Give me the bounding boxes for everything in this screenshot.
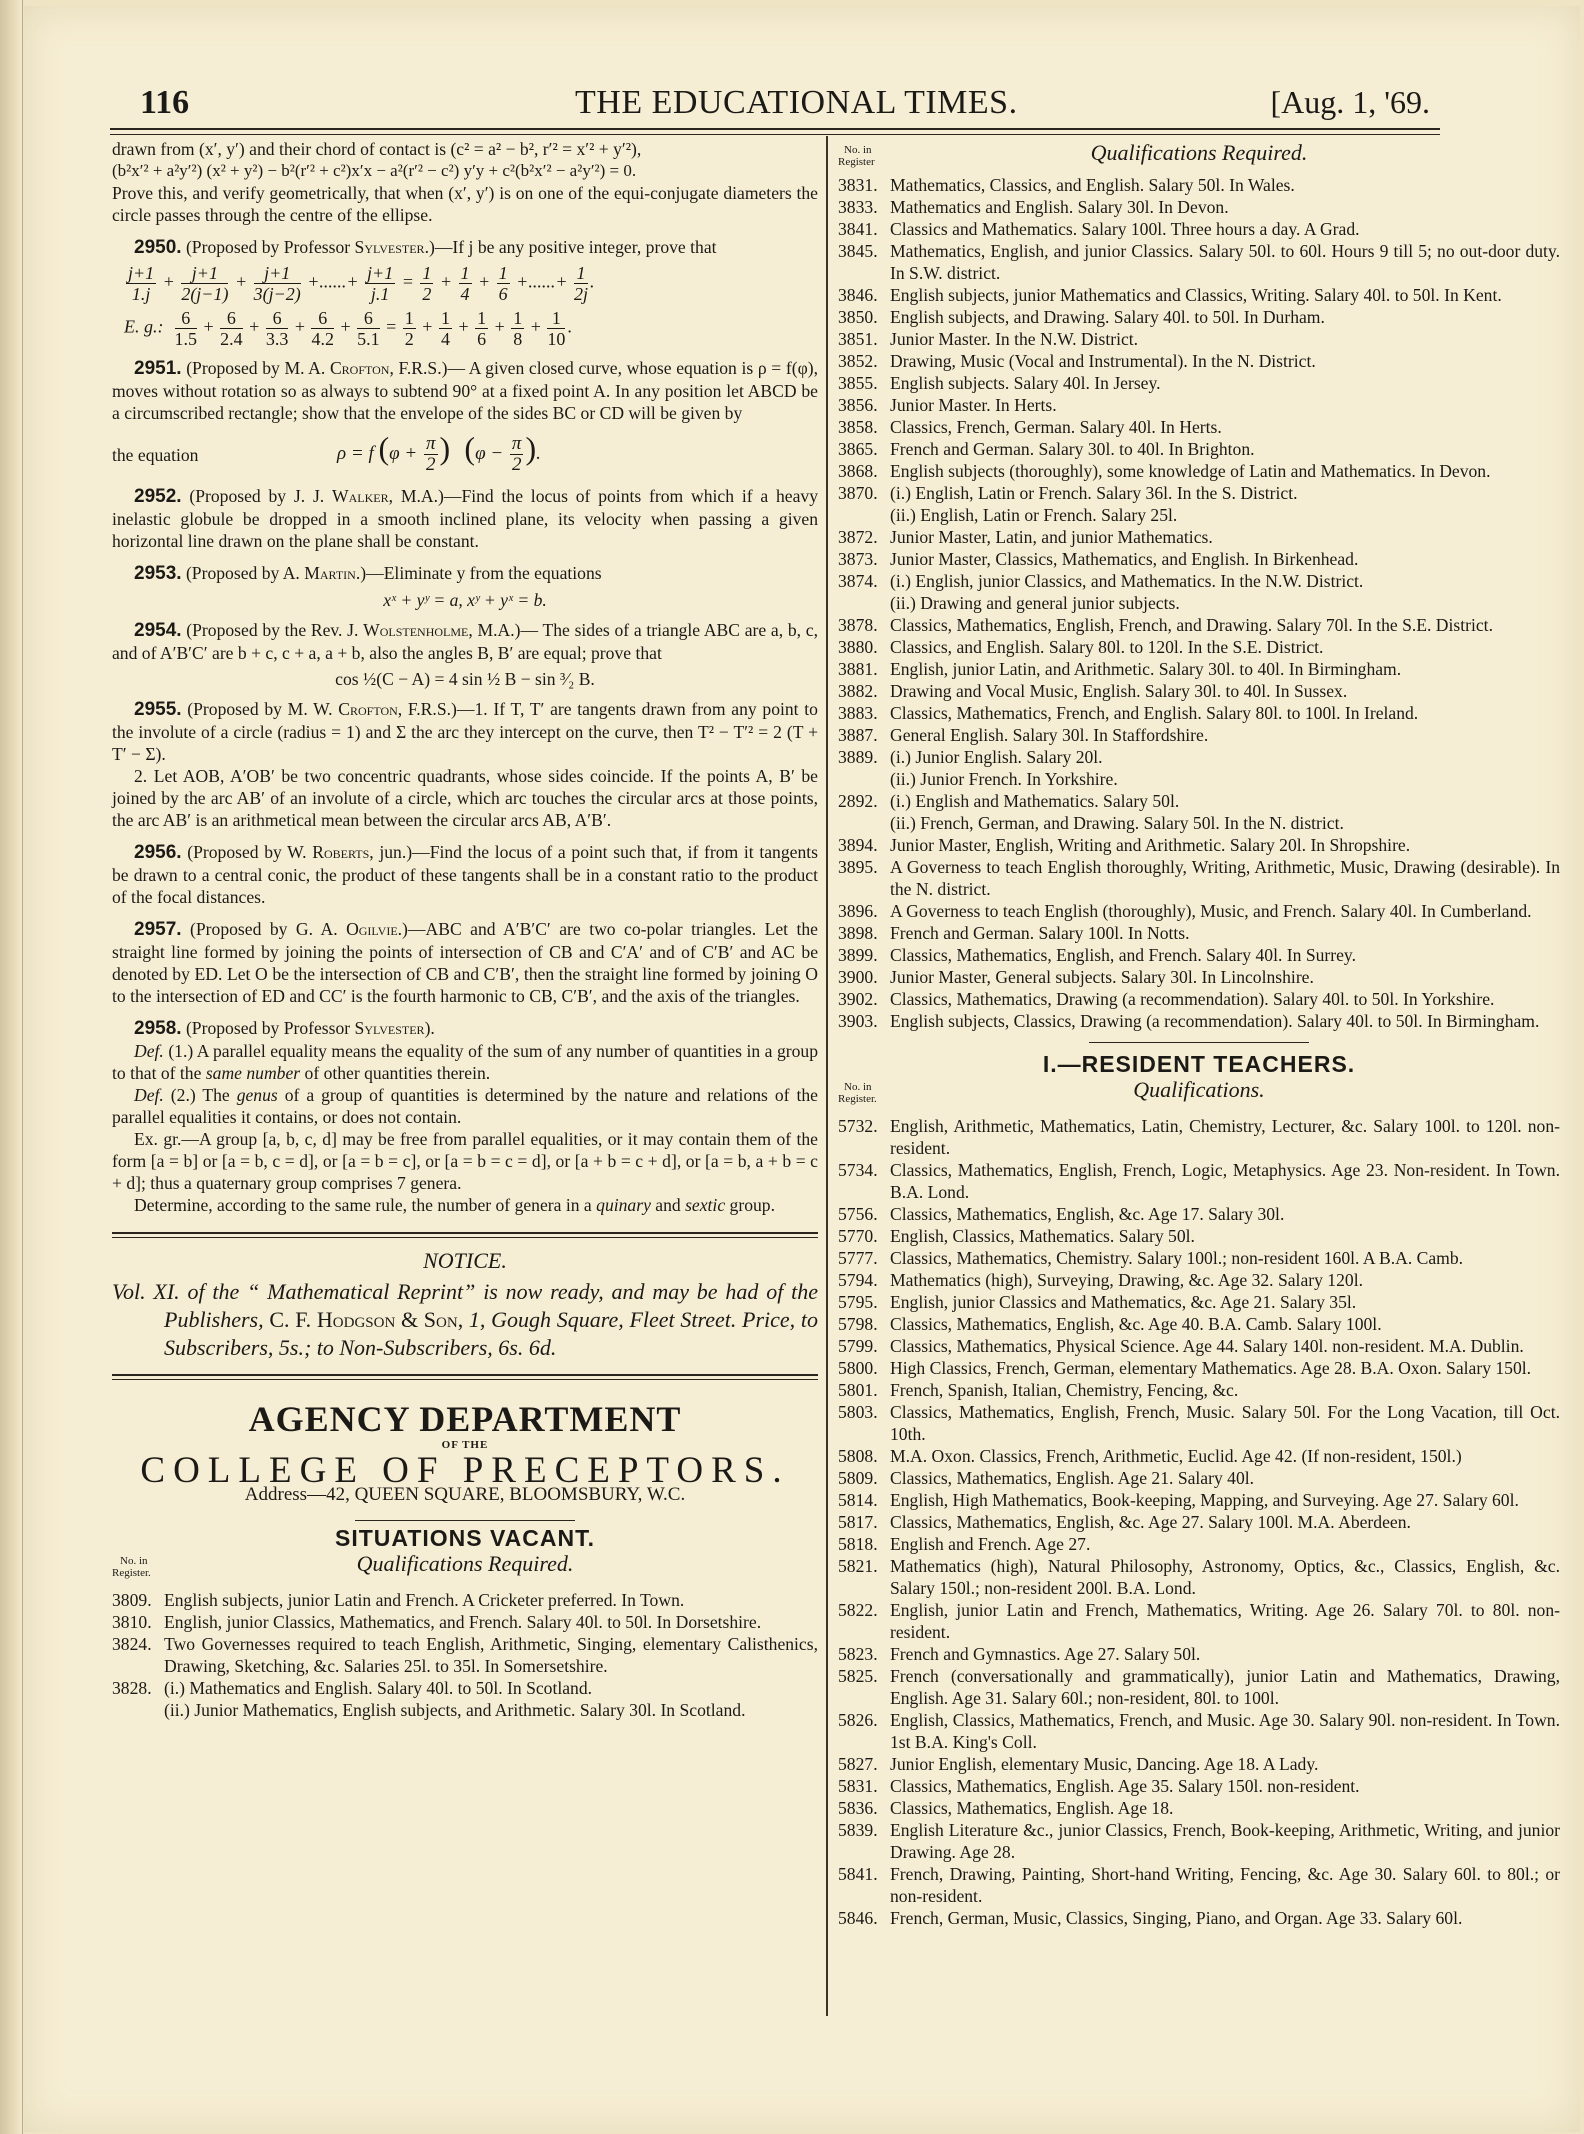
qualification-text: Classics, and English. Salary 80l. to 12… — [890, 636, 1560, 658]
qualification-text: Junior Master, Classics, Mathematics, an… — [890, 548, 1560, 570]
register-entry: 5756.Classics, Mathematics, English, &c.… — [838, 1203, 1560, 1225]
qualifications-title: Qualifications Required. — [112, 1549, 818, 1575]
definition-2: Def. (2.) The genus of a group of quanti… — [112, 1084, 818, 1128]
register-entry: 5823.French and Gymnastics. Age 27. Sala… — [838, 1643, 1560, 1665]
qualification-text: English subjects, and Drawing. Salary 40… — [890, 306, 1560, 328]
register-entry: 3878.Classics, Mathematics, English, Fre… — [838, 614, 1560, 636]
qualification-text: Classics, Mathematics, Physical Science.… — [890, 1335, 1560, 1357]
situations-vacant-title: SITUATIONS VACANT. — [112, 1527, 818, 1549]
qualification-text: Classics, Mathematics, English, &c. Age … — [890, 1203, 1560, 1225]
situations-list-header: No. in Register. Qualifications Required… — [112, 1549, 818, 1589]
register-entry: 5825.French (conversationally and gramma… — [838, 1665, 1560, 1709]
continuation-line-1: drawn from (x′, y′) and their chord of c… — [112, 138, 818, 160]
register-entry: 5822.English, junior Latin and French, M… — [838, 1599, 1560, 1643]
register-number: 3852. — [838, 350, 890, 372]
register-entry: 5801.French, Spanish, Italian, Chemistry… — [838, 1379, 1560, 1401]
register-number: 5798. — [838, 1313, 890, 1335]
question-number: 2950. — [134, 237, 182, 258]
register-entry: 3809.English subjects, junior Latin and … — [112, 1589, 818, 1611]
register-number: 5794. — [838, 1269, 890, 1291]
register-entry: 3858.Classics, French, German. Salary 40… — [838, 416, 1560, 438]
section-rule — [1089, 1042, 1309, 1043]
register-entry: 3846.English subjects, junior Mathematic… — [838, 284, 1560, 306]
register-entry: 3880.Classics, and English. Salary 80l. … — [838, 636, 1560, 658]
register-number: 5836. — [838, 1797, 890, 1819]
book-binding-edge — [0, 0, 23, 2134]
qualification-text: Classics, Mathematics, English. Age 18. — [890, 1797, 1560, 1819]
register-entry: 5799.Classics, Mathematics, Physical Sci… — [838, 1335, 1560, 1357]
register-number: 3898. — [838, 922, 890, 944]
register-number: 5817. — [838, 1511, 890, 1533]
register-entry: 5839.English Literature &c., junior Clas… — [838, 1819, 1560, 1863]
register-entry: 3889.(i.) Junior English. Salary 20l.(ii… — [838, 746, 1560, 790]
qualification-text: French and Gymnastics. Age 27. Salary 50… — [890, 1643, 1560, 1665]
equation-2954: cos ½(C − A) = 4 sin ½ B − sin ³⁄₂ B. — [112, 668, 818, 690]
register-number: 3846. — [838, 284, 890, 306]
register-entry: 5818.English and French. Age 27. — [838, 1533, 1560, 1555]
register-number: 5756. — [838, 1203, 890, 1225]
register-entry: 5734.Classics, Mathematics, English, Fre… — [838, 1159, 1560, 1203]
qualification-text: High Classics, French, German, elementar… — [890, 1357, 1560, 1379]
qualification-text: Drawing, Music (Vocal and Instrumental).… — [890, 350, 1560, 372]
qualification-text: English Literature &c., junior Classics,… — [890, 1819, 1560, 1863]
register-number: 5823. — [838, 1643, 890, 1665]
register-entry: 3872.Junior Master, Latin, and junior Ma… — [838, 526, 1560, 548]
notice-title: NOTICE. — [112, 1250, 818, 1272]
register-number: 3873. — [838, 548, 890, 570]
register-number: 3810. — [112, 1611, 164, 1633]
question-2955-part-2: 2. Let AOB, A′OB′ be two concentric quad… — [112, 765, 818, 831]
right-column: No. in Register Qualifications Required.… — [838, 138, 1560, 1929]
qualification-text: (i.) English and Mathematics. Salary 50l… — [890, 790, 1560, 834]
register-entry: 3868.English subjects (thoroughly), some… — [838, 460, 1560, 482]
register-entry: 3894.Junior Master, English, Writing and… — [838, 834, 1560, 856]
register-number: 5841. — [838, 1863, 890, 1907]
register-number: 5732. — [838, 1115, 890, 1159]
qualification-text: English, junior Classics, Mathematics, a… — [164, 1611, 818, 1633]
qualification-text: Mathematics, English, and junior Classic… — [890, 240, 1560, 284]
qualification-text: Drawing and Vocal Music, English. Salary… — [890, 680, 1560, 702]
register-number: 3880. — [838, 636, 890, 658]
qualification-text: Classics and Mathematics. Salary 100l. T… — [890, 218, 1560, 240]
register-number: 3851. — [838, 328, 890, 350]
register-number: 3902. — [838, 988, 890, 1010]
register-entry: 5795.English, junior Classics and Mathem… — [838, 1291, 1560, 1313]
register-entry: 3810.English, junior Classics, Mathemati… — [112, 1611, 818, 1633]
register-number: 3809. — [112, 1589, 164, 1611]
register-entry: 2892.(i.) English and Mathematics. Salar… — [838, 790, 1560, 834]
issue-date: [Aug. 1, '69. — [1270, 84, 1430, 121]
qualification-text: Mathematics, Classics, and English. Sala… — [890, 174, 1560, 196]
register-entry: 5777.Classics, Mathematics, Chemistry. S… — [838, 1247, 1560, 1269]
register-number: 3845. — [838, 240, 890, 284]
qualification-text: Mathematics (high), Natural Philosophy, … — [890, 1555, 1560, 1599]
column-divider — [826, 136, 828, 2016]
register-number: 3824. — [112, 1633, 164, 1677]
register-entry: 5841.French, Drawing, Painting, Short-ha… — [838, 1863, 1560, 1907]
paper-title: THE EDUCATIONAL TIMES. — [575, 84, 1018, 122]
register-entry: 3895.A Governess to teach English thorou… — [838, 856, 1560, 900]
register-number: 5846. — [838, 1907, 890, 1929]
register-entry: 5814.English, High Mathematics, Book-kee… — [838, 1489, 1560, 1511]
question-2956: 2956. (Proposed by W. Roberts, jun.)—Fin… — [112, 841, 818, 908]
qualification-text: Mathematics (high), Surveying, Drawing, … — [890, 1269, 1560, 1291]
qualification-text: Classics, Mathematics, English, and Fren… — [890, 944, 1560, 966]
qualification-text: M.A. Oxon. Classics, French, Arithmetic,… — [890, 1445, 1560, 1467]
qualification-text: Classics, Mathematics, French, and Engli… — [890, 702, 1560, 724]
qualification-text: English, Classics, Mathematics, French, … — [890, 1709, 1560, 1753]
register-number: 3881. — [838, 658, 890, 680]
register-number: 5822. — [838, 1599, 890, 1643]
formula-2950-series: j+11.j + j+12(j−1) + j+13(j−2) +......+ … — [112, 263, 818, 304]
register-number: 5800. — [838, 1357, 890, 1379]
qualification-text: Junior English, elementary Music, Dancin… — [890, 1753, 1560, 1775]
register-number: 5818. — [838, 1533, 890, 1555]
register-entry: 3882.Drawing and Vocal Music, English. S… — [838, 680, 1560, 702]
register-entry: 3865.French and German. Salary 30l. to 4… — [838, 438, 1560, 460]
qualification-text: (i.) English, Latin or French. Salary 36… — [890, 482, 1560, 526]
register-entry: 3828.(i.) Mathematics and English. Salar… — [112, 1677, 818, 1721]
register-number: 3878. — [838, 614, 890, 636]
notice-rule-bottom — [112, 1374, 818, 1380]
proposer-name: Crofton — [330, 358, 390, 378]
register-number: 5825. — [838, 1665, 890, 1709]
qualification-text: (i.) Junior English. Salary 20l.(ii.) Ju… — [890, 746, 1560, 790]
qualification-text: Classics, Mathematics, English, French, … — [890, 614, 1560, 636]
register-number: 5795. — [838, 1291, 890, 1313]
register-number: 3894. — [838, 834, 890, 856]
register-entry: 3900.Junior Master, General subjects. Sa… — [838, 966, 1560, 988]
qualification-text: General English. Salary 30l. In Stafford… — [890, 724, 1560, 746]
resident-teachers-header: No. in Register. Qualifications. — [838, 1075, 1560, 1115]
qualification-text: Classics, Mathematics, English, &c. Age … — [890, 1511, 1560, 1533]
register-number: 5821. — [838, 1555, 890, 1599]
register-number: 3855. — [838, 372, 890, 394]
register-entry: 3870.(i.) English, Latin or French. Sala… — [838, 482, 1560, 526]
qualifications-title: Qualifications. — [838, 1075, 1560, 1101]
situations-cont-list: 3831.Mathematics, Classics, and English.… — [838, 174, 1560, 1032]
register-entry: 3898.French and German. Salary 100l. In … — [838, 922, 1560, 944]
register-entry: 3873.Junior Master, Classics, Mathematic… — [838, 548, 1560, 570]
register-number: 5814. — [838, 1489, 890, 1511]
qualification-text: Classics, Mathematics, Drawing (a recomm… — [890, 988, 1560, 1010]
register-entry: 3833.Mathematics and English. Salary 30l… — [838, 196, 1560, 218]
question-2953: 2953. (Proposed by A. Martin.)—Eliminate… — [112, 562, 818, 585]
register-number: 3889. — [838, 746, 890, 790]
register-number: 5770. — [838, 1225, 890, 1247]
register-number: 3865. — [838, 438, 890, 460]
qualification-text: Classics, Mathematics, English. Age 35. … — [890, 1775, 1560, 1797]
register-number: 3874. — [838, 570, 890, 614]
register-entry: 5770.English, Classics, Mathematics. Sal… — [838, 1225, 1560, 1247]
qualification-text: English, Arithmetic, Mathematics, Latin,… — [890, 1115, 1560, 1159]
question-2950: 2950. (Proposed by Professor Sylvester.)… — [112, 236, 818, 259]
register-entry: 3845.Mathematics, English, and junior Cl… — [838, 240, 1560, 284]
qualification-text: Classics, Mathematics, English, French, … — [890, 1159, 1560, 1203]
register-entry: 5846.French, German, Music, Classics, Si… — [838, 1907, 1560, 1929]
qualification-text: English, junior Latin and French, Mathem… — [890, 1599, 1560, 1643]
qualification-text: Classics, Mathematics, English, &c. Age … — [890, 1313, 1560, 1335]
qualification-text: French, German, Music, Classics, Singing… — [890, 1907, 1560, 1929]
qualification-text: (i.) Mathematics and English. Salary 40l… — [164, 1677, 818, 1721]
question-2957: 2957. (Proposed by G. A. Ogilvie.)—ABC a… — [112, 918, 818, 1007]
qualifications-title: Qualifications Required. — [838, 138, 1560, 164]
page-number: 116 — [140, 84, 189, 122]
qualification-text: English subjects, Classics, Drawing (a r… — [890, 1010, 1560, 1032]
register-entry: 5803.Classics, Mathematics, English, Fre… — [838, 1401, 1560, 1445]
register-number: 3903. — [838, 1010, 890, 1032]
qualification-text: Classics, Mathematics, English, French, … — [890, 1401, 1560, 1445]
register-entry: 3883.Classics, Mathematics, French, and … — [838, 702, 1560, 724]
register-number: 3883. — [838, 702, 890, 724]
qualification-text: English subjects, junior Mathematics and… — [890, 284, 1560, 306]
qualification-text: English, Classics, Mathematics. Salary 5… — [890, 1225, 1560, 1247]
qualification-text: Junior Master, English, Writing and Arit… — [890, 834, 1560, 856]
register-entry: 5821.Mathematics (high), Natural Philoso… — [838, 1555, 1560, 1599]
resident-teachers-list: 5732.English, Arithmetic, Mathematics, L… — [838, 1115, 1560, 1929]
question-2952: 2952. (Proposed by J. J. Walker, M.A.)—F… — [112, 485, 818, 552]
qualification-text: Junior Master. In Herts. — [890, 394, 1560, 416]
register-number: 5839. — [838, 1819, 890, 1863]
register-number: 5777. — [838, 1247, 890, 1269]
register-number: 3882. — [838, 680, 890, 702]
register-entry: 3902.Classics, Mathematics, Drawing (a r… — [838, 988, 1560, 1010]
register-entry: 5831.Classics, Mathematics, English. Age… — [838, 1775, 1560, 1797]
qualification-text: Classics, Mathematics, Chemistry. Salary… — [890, 1247, 1560, 1269]
qualification-text: Junior Master. In the N.W. District. — [890, 328, 1560, 350]
definition-1: Def. (1.) A parallel equality means the … — [112, 1040, 818, 1084]
register-entry: 3851.Junior Master. In the N.W. District… — [838, 328, 1560, 350]
register-entry: 5826.English, Classics, Mathematics, Fre… — [838, 1709, 1560, 1753]
qualification-text: Junior Master, Latin, and junior Mathema… — [890, 526, 1560, 548]
section-rule — [355, 1520, 575, 1521]
register-entry: 3899.Classics, Mathematics, English, and… — [838, 944, 1560, 966]
register-entry: 5827.Junior English, elementary Music, D… — [838, 1753, 1560, 1775]
question-2951: 2951. (Proposed by M. A. Crofton, F.R.S.… — [112, 357, 818, 424]
register-number: 5809. — [838, 1467, 890, 1489]
register-entry: 3824.Two Governesses required to teach E… — [112, 1633, 818, 1677]
qualification-text: French, Drawing, Painting, Short-hand Wr… — [890, 1863, 1560, 1907]
register-number: 3872. — [838, 526, 890, 548]
determine-paragraph: Determine, according to the same rule, t… — [112, 1194, 818, 1216]
register-number: 5831. — [838, 1775, 890, 1797]
register-entry: 5808.M.A. Oxon. Classics, French, Arithm… — [838, 1445, 1560, 1467]
register-column-label: No. in Register. — [838, 1081, 877, 1105]
continuation-line-3: Prove this, and verify geometrically, th… — [112, 182, 818, 226]
register-entry: 5794.Mathematics (high), Surveying, Draw… — [838, 1269, 1560, 1291]
register-number: 5799. — [838, 1335, 890, 1357]
register-number: 3896. — [838, 900, 890, 922]
qualification-text: Classics, Mathematics, English. Age 21. … — [890, 1467, 1560, 1489]
question-2954: 2954. (Proposed by the Rev. J. Wolstenho… — [112, 619, 818, 664]
qualification-text: English, junior Latin, and Arithmetic. S… — [890, 658, 1560, 680]
qualification-text: English, junior Classics and Mathematics… — [890, 1291, 1560, 1313]
qualification-text: A Governess to teach English thoroughly,… — [890, 856, 1560, 900]
register-number: 5808. — [838, 1445, 890, 1467]
situations-list: 3809.English subjects, junior Latin and … — [112, 1589, 818, 1721]
register-number: 3858. — [838, 416, 890, 438]
register-number: 3900. — [838, 966, 890, 988]
qualification-text: A Governess to teach English (thoroughly… — [890, 900, 1560, 922]
register-entry: 3896.A Governess to teach English (thoro… — [838, 900, 1560, 922]
register-entry: 3856.Junior Master. In Herts. — [838, 394, 1560, 416]
left-column: drawn from (x′, y′) and their chord of c… — [112, 138, 818, 1721]
notice-body: Vol. XI. of the “ Mathematical Reprint” … — [112, 1278, 818, 1362]
publisher-name: C. F. Hodgson & Son, — [269, 1307, 463, 1332]
qualification-text: English subjects (thoroughly), some know… — [890, 460, 1560, 482]
notice-rule-top — [112, 1232, 818, 1238]
qualification-text: Classics, French, German. Salary 40l. In… — [890, 416, 1560, 438]
qualification-text: French and German. Salary 100l. In Notts… — [890, 922, 1560, 944]
qualification-text: French (conversationally and grammatical… — [890, 1665, 1560, 1709]
qualification-text: (i.) English, junior Classics, and Mathe… — [890, 570, 1560, 614]
register-number: 5827. — [838, 1753, 890, 1775]
formula-2950-example: E. g.: 61.5 + 62.4 + 63.3 + 64.2 + 65.1 … — [112, 308, 818, 349]
register-number: 5801. — [838, 1379, 890, 1401]
qualification-text: Junior Master, General subjects. Salary … — [890, 966, 1560, 988]
register-number: 3828. — [112, 1677, 164, 1721]
register-entry: 5798.Classics, Mathematics, English, &c.… — [838, 1313, 1560, 1335]
register-number: 3841. — [838, 218, 890, 240]
register-column-label: No. in Register — [838, 144, 875, 168]
register-entry: 3881.English, junior Latin, and Arithmet… — [838, 658, 1560, 680]
register-number: 3870. — [838, 482, 890, 526]
register-entry: 5817.Classics, Mathematics, English, &c.… — [838, 1511, 1560, 1533]
register-entry: 3903.English subjects, Classics, Drawing… — [838, 1010, 1560, 1032]
qualification-text: Two Governesses required to teach Englis… — [164, 1633, 818, 1677]
agency-title: AGENCY DEPARTMENT — [112, 1408, 818, 1430]
college-name: COLLEGE OF PRECEPTORS. — [112, 1460, 818, 1482]
qualification-text: French, Spanish, Italian, Chemistry, Fen… — [890, 1379, 1560, 1401]
register-number: 3833. — [838, 196, 890, 218]
qualification-text: English subjects, junior Latin and Frenc… — [164, 1589, 818, 1611]
resident-teachers-title: I.—RESIDENT TEACHERS. — [838, 1053, 1560, 1075]
register-number: 3887. — [838, 724, 890, 746]
qualification-text: English, High Mathematics, Book-keeping,… — [890, 1489, 1560, 1511]
register-entry: 5732.English, Arithmetic, Mathematics, L… — [838, 1115, 1560, 1159]
question-2958: 2958. (Proposed by Professor Sylvester). — [112, 1017, 818, 1040]
register-entry: 5800.High Classics, French, German, elem… — [838, 1357, 1560, 1379]
qualification-text: Mathematics and English. Salary 30l. In … — [890, 196, 1560, 218]
proposer-name: Sylvester — [355, 237, 425, 257]
example-paragraph: Ex. gr.—A group [a, b, c, d] may be free… — [112, 1128, 818, 1194]
continuation-line-2: (b²x′² + a²y′²) (x² + y²) − b²(r′² + c²)… — [112, 160, 818, 182]
register-entry: 3852.Drawing, Music (Vocal and Instrumen… — [838, 350, 1560, 372]
register-entry: 3874.(i.) English, junior Classics, and … — [838, 570, 1560, 614]
situations-cont-header: No. in Register Qualifications Required. — [838, 138, 1560, 174]
qualification-text: English subjects. Salary 40l. In Jersey. — [890, 372, 1560, 394]
register-entry: 3887.General English. Salary 30l. In Sta… — [838, 724, 1560, 746]
register-number: 5734. — [838, 1159, 890, 1203]
register-number: 5826. — [838, 1709, 890, 1753]
register-number: 3895. — [838, 856, 890, 900]
register-entry: 5836.Classics, Mathematics, English. Age… — [838, 1797, 1560, 1819]
register-number: 2892. — [838, 790, 890, 834]
register-number: 5803. — [838, 1401, 890, 1445]
header-rule — [110, 128, 1440, 135]
register-entry: 3855.English subjects. Salary 40l. In Je… — [838, 372, 1560, 394]
equation-2953: xˣ + yʸ = a, xʸ + yˣ = b. — [112, 589, 818, 611]
qualification-text: English and French. Age 27. — [890, 1533, 1560, 1555]
equation-2951: the equation ρ = f (φ + π2) (φ − π2). — [112, 434, 818, 475]
register-number: 3868. — [838, 460, 890, 482]
register-entry: 3841.Classics and Mathematics. Salary 10… — [838, 218, 1560, 240]
register-number: 3850. — [838, 306, 890, 328]
page-header: 116 THE EDUCATIONAL TIMES. [Aug. 1, '69. — [140, 84, 1370, 132]
register-entry: 3831.Mathematics, Classics, and English.… — [838, 174, 1560, 196]
question-2955: 2955. (Proposed by M. W. Crofton, F.R.S.… — [112, 698, 818, 765]
register-number: 3831. — [838, 174, 890, 196]
register-column-label: No. in Register. — [112, 1555, 151, 1579]
register-number: 3856. — [838, 394, 890, 416]
register-entry: 5809.Classics, Mathematics, English. Age… — [838, 1467, 1560, 1489]
register-number: 3899. — [838, 944, 890, 966]
register-entry: 3850.English subjects, and Drawing. Sala… — [838, 306, 1560, 328]
qualification-text: French and German. Salary 30l. to 40l. I… — [890, 438, 1560, 460]
